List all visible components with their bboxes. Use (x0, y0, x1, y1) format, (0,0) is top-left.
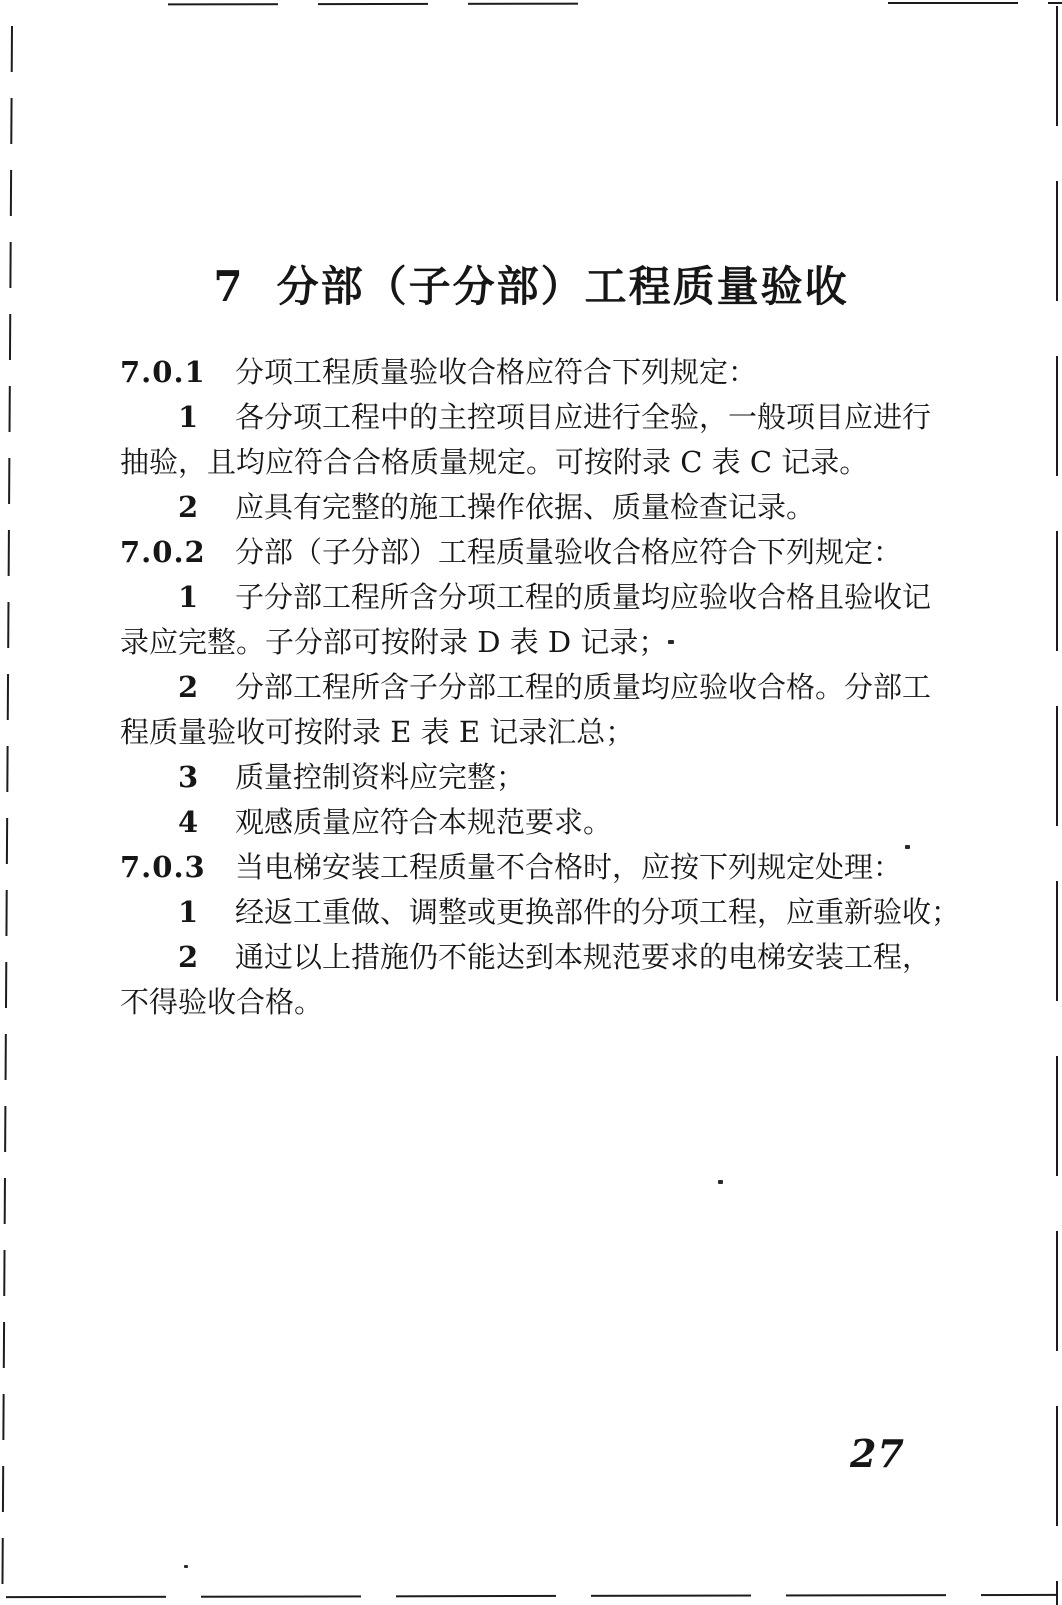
line-text: 录应完整。子分部可按附录 D 表 D 记录； (120, 625, 667, 659)
text-line: 录应完整。子分部可按附录 D 表 D 记录； (120, 620, 935, 665)
ink-speckle (184, 1565, 188, 1568)
line-text: 分部（子分部）工程质量验收合格应符合下列规定： (235, 535, 902, 569)
line-text: 不得验收合格。 (120, 985, 323, 1019)
chapter-title-text: 分部（子分部）工程质量验收 (277, 262, 849, 311)
scan-edge-right (1056, 6, 1058, 1605)
line-text: 各分项工程中的主控项目应进行全验，一般项目应进行 (235, 400, 931, 434)
line-text: 子分部工程所含分项工程的质量均应验收合格且验收记 (235, 580, 931, 614)
text-line: 7.0.3当电梯安装工程质量不合格时，应按下列规定处理： (120, 845, 935, 890)
line-number: 2 (178, 935, 235, 980)
line-text: 分部工程所含子分部工程的质量均应验收合格。分部工 (235, 670, 931, 704)
text-line: 7.0.1分项工程质量验收合格应符合下列规定： (120, 350, 935, 395)
scan-edge-top-right (888, 2, 1062, 4)
line-text: 质量控制资料应完整； (235, 760, 525, 794)
text-line: 1各分项工程中的主控项目应进行全验，一般项目应进行 (120, 395, 935, 440)
text-line: 2通过以上措施仍不能达到本规范要求的电梯安装工程， (120, 935, 935, 980)
text-line: 程质量验收可按附录 E 表 E 记录汇总； (120, 710, 935, 755)
line-number: 1 (178, 395, 235, 440)
text-line: 不得验收合格。 (120, 980, 935, 1025)
ink-speckle (718, 1180, 723, 1184)
line-number: 3 (178, 755, 235, 800)
line-text: 抽验，且均应符合合格质量规定。可按附录 C 表 C 记录。 (120, 445, 868, 479)
text-line: 3质量控制资料应完整； (120, 755, 935, 800)
text-line: 抽验，且均应符合合格质量规定。可按附录 C 表 C 记录。 (120, 440, 935, 485)
line-number: 7.0.1 (120, 350, 235, 395)
line-number: 2 (178, 485, 235, 530)
line-number: 1 (178, 890, 235, 935)
line-number: 2 (178, 665, 235, 710)
scanned-document-page: 7分部（子分部）工程质量验收 7.0.1分项工程质量验收合格应符合下列规定： 1… (0, 0, 1062, 1605)
scan-edge-top-left (168, 3, 618, 6)
line-text: 当电梯安装工程质量不合格时，应按下列规定处理： (235, 850, 902, 884)
text-line: 1子分部工程所含分项工程的质量均应验收合格且验收记 (120, 575, 935, 620)
line-text: 分项工程质量验收合格应符合下列规定： (235, 355, 757, 389)
line-number: 7.0.2 (120, 530, 235, 575)
line-text: 通过以上措施仍不能达到本规范要求的电梯安装工程， (235, 940, 931, 974)
line-text: 程质量验收可按附录 E 表 E 记录汇总； (120, 715, 634, 749)
line-number: 4 (178, 800, 235, 845)
line-number: 7.0.3 (120, 845, 235, 890)
line-number: 1 (178, 575, 235, 620)
scan-edge-bottom (6, 1594, 1058, 1598)
text-line: 7.0.2分部（子分部）工程质量验收合格应符合下列规定： (120, 530, 935, 575)
text-line: 1经返工重做、调整或更换部件的分项工程，应重新验收； (120, 890, 935, 935)
text-line: 2应具有完整的施工操作依据、质量检查记录。 (120, 485, 935, 530)
line-text: 观感质量应符合本规范要求。 (235, 805, 612, 839)
line-text: 应具有完整的施工操作依据、质量检查记录。 (235, 490, 815, 524)
chapter-heading: 7分部（子分部）工程质量验收 (0, 258, 1062, 316)
page-number: 27 (850, 1432, 905, 1476)
text-line: 2分部工程所含子分部工程的质量均应验收合格。分部工 (120, 665, 935, 710)
document-body: 7.0.1分项工程质量验收合格应符合下列规定： 1各分项工程中的主控项目应进行全… (120, 350, 935, 1025)
line-text: 经返工重做、调整或更换部件的分项工程，应重新验收； (235, 895, 960, 929)
text-line: 4观感质量应符合本规范要求。 (120, 800, 935, 845)
chapter-number: 7 (213, 262, 242, 311)
